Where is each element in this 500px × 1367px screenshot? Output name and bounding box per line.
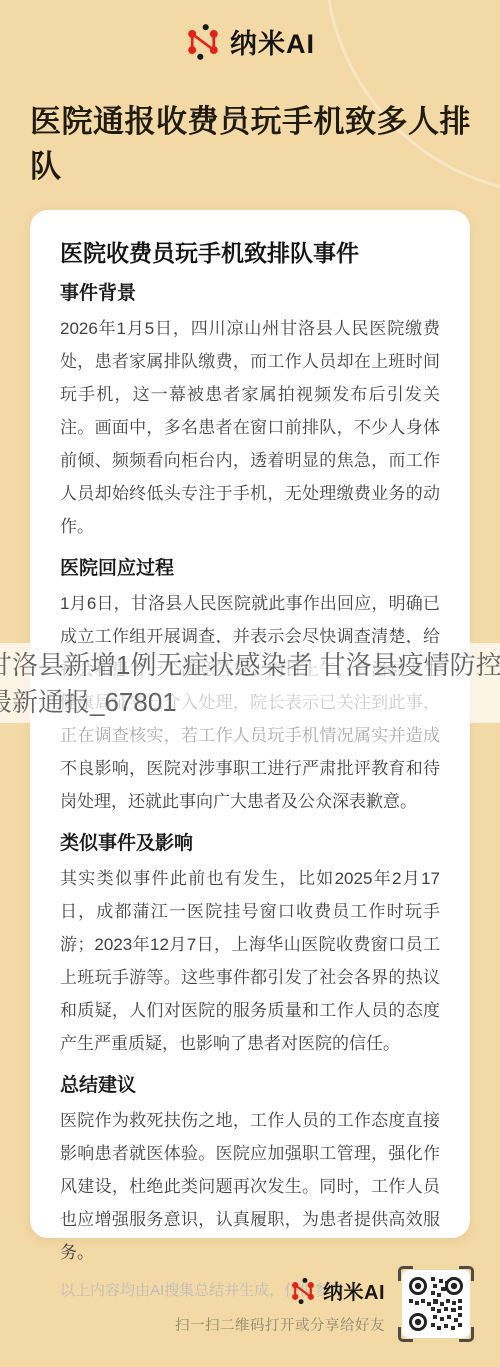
nami-ai-logo-icon-small xyxy=(290,1278,316,1304)
section-body-similar-events: 其实类似事件此前也有发生，比如2025年2月17日，成都蒲江一医院挂号窗口收费员… xyxy=(60,862,440,1060)
footer-brand-block: 纳米AI 扫一扫二维码打开或分享给好友 xyxy=(175,1276,385,1342)
section-body-summary: 医院作为救死扶伤之地，工作人员的工作态度直接影响患者就医体验。医院应加强职工管理… xyxy=(60,1104,440,1269)
header-brand: 纳米AI xyxy=(0,22,500,61)
card-title: 医院收费员玩手机致排队事件 xyxy=(60,238,440,268)
page-title: 医院通报收费员玩手机致多人排队 xyxy=(30,99,472,189)
qr-code xyxy=(402,1270,470,1338)
section-heading-summary: 总结建议 xyxy=(60,1074,440,1098)
nami-ai-logo-icon xyxy=(185,24,221,60)
watermark-line-2: 最新通报_67801 xyxy=(0,684,500,721)
brand-name: 纳米AI xyxy=(230,22,315,61)
section-heading-response: 医院回应过程 xyxy=(60,557,440,581)
footer-brand-row: 纳米AI xyxy=(290,1276,385,1305)
section-body-background: 2026年1月5日，四川凉山州甘洛县人民医院缴费处，患者家属排队缴费，而工作人员… xyxy=(60,312,440,543)
watermark-band-lower xyxy=(30,723,470,747)
footer: 纳米AI 扫一扫二维码打开或分享给好友 xyxy=(175,1266,474,1342)
share-card-page: 纳米AI 医院通报收费员玩手机致多人排队 医院收费员玩手机致排队事件 事件背景 … xyxy=(0,0,500,1367)
footer-brand-name: 纳米AI xyxy=(323,1276,385,1305)
section-heading-background: 事件背景 xyxy=(60,282,440,306)
watermark-line-1: 甘洛县新增1例无症状感染者 甘洛县疫情防控 xyxy=(0,647,500,684)
watermark-text: 甘洛县新增1例无症状感染者 甘洛县疫情防控 最新通报_67801 xyxy=(0,647,500,721)
qr-scan-frame xyxy=(398,1266,474,1342)
section-heading-similar-events: 类似事件及影响 xyxy=(60,832,440,856)
footer-tagline: 扫一扫二维码打开或分享给好友 xyxy=(175,1314,385,1335)
